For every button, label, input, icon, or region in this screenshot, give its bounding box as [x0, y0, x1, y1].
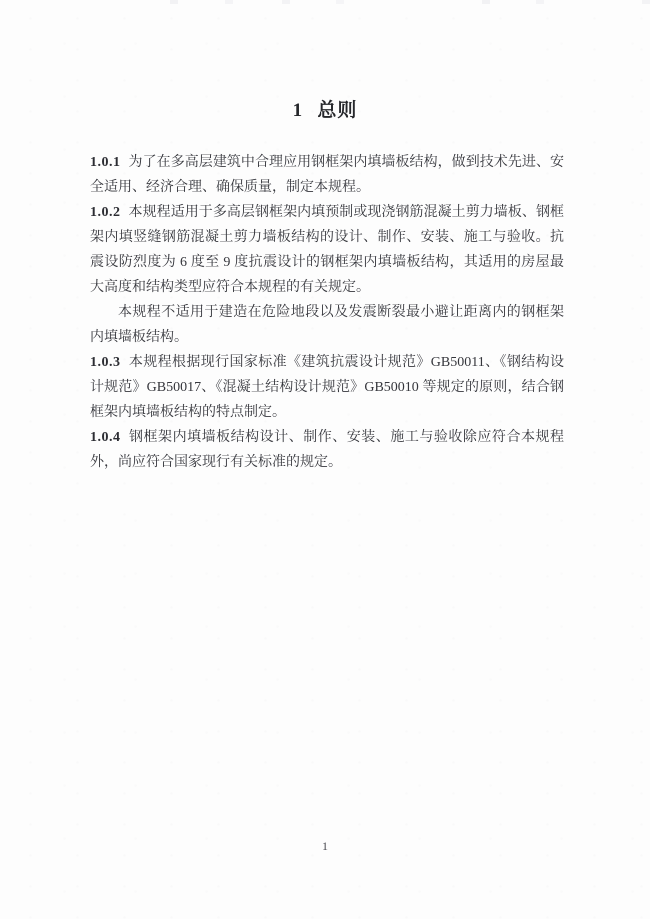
- clause-number: 1.0.1: [90, 155, 121, 170]
- clause-1-0-3: 1.0.3本规程根据现行国家标准《建筑抗震设计规范》GB50011、《钢结构设计…: [90, 350, 564, 425]
- clause-text: 本规程适用于多高层钢框架内填预制或现浇钢筋混凝土剪力墙板、钢框架内填竖缝钢筋混凝…: [90, 205, 564, 295]
- clause-1-0-1: 1.0.1为了在多高层建筑中合理应用钢框架内填墙板结构，做到技术先进、安全适用、…: [90, 150, 564, 200]
- clause-text: 本规程根据现行国家标准《建筑抗震设计规范》GB50011、《钢结构设计规范》GB…: [90, 355, 564, 420]
- clause-number: 1.0.3: [90, 355, 121, 370]
- clause-1-0-2-continuation: 本规程不适用于建造在危险地段以及发震断裂最小避让距离内的钢框架内填墙板结构。: [90, 300, 564, 350]
- clause-number: 1.0.4: [90, 430, 121, 445]
- clause-text: 为了在多高层建筑中合理应用钢框架内填墙板结构，做到技术先进、安全适用、经济合理、…: [90, 155, 564, 195]
- clause-text: 本规程不适用于建造在危险地段以及发震断裂最小避让距离内的钢框架内填墙板结构。: [90, 305, 564, 345]
- document-page: 1 总则 1.0.1为了在多高层建筑中合理应用钢框架内填墙板结构，做到技术先进、…: [0, 0, 650, 919]
- page-number: 1: [0, 839, 650, 854]
- scan-artifact-specks: [170, 0, 178, 4]
- clause-1-0-2: 1.0.2本规程适用于多高层钢框架内填预制或现浇钢筋混凝土剪力墙板、钢框架内填竖…: [90, 200, 564, 300]
- chapter-title: 1 总则: [0, 0, 650, 123]
- document-body: 1.0.1为了在多高层建筑中合理应用钢框架内填墙板结构，做到技术先进、安全适用、…: [90, 150, 564, 475]
- clause-1-0-4: 1.0.4钢框架内填墙板结构设计、制作、安装、施工与验收除应符合本规程外，尚应符…: [90, 425, 564, 475]
- clause-text: 钢框架内填墙板结构设计、制作、安装、施工与验收除应符合本规程外，尚应符合国家现行…: [90, 430, 564, 470]
- clause-number: 1.0.2: [90, 205, 121, 220]
